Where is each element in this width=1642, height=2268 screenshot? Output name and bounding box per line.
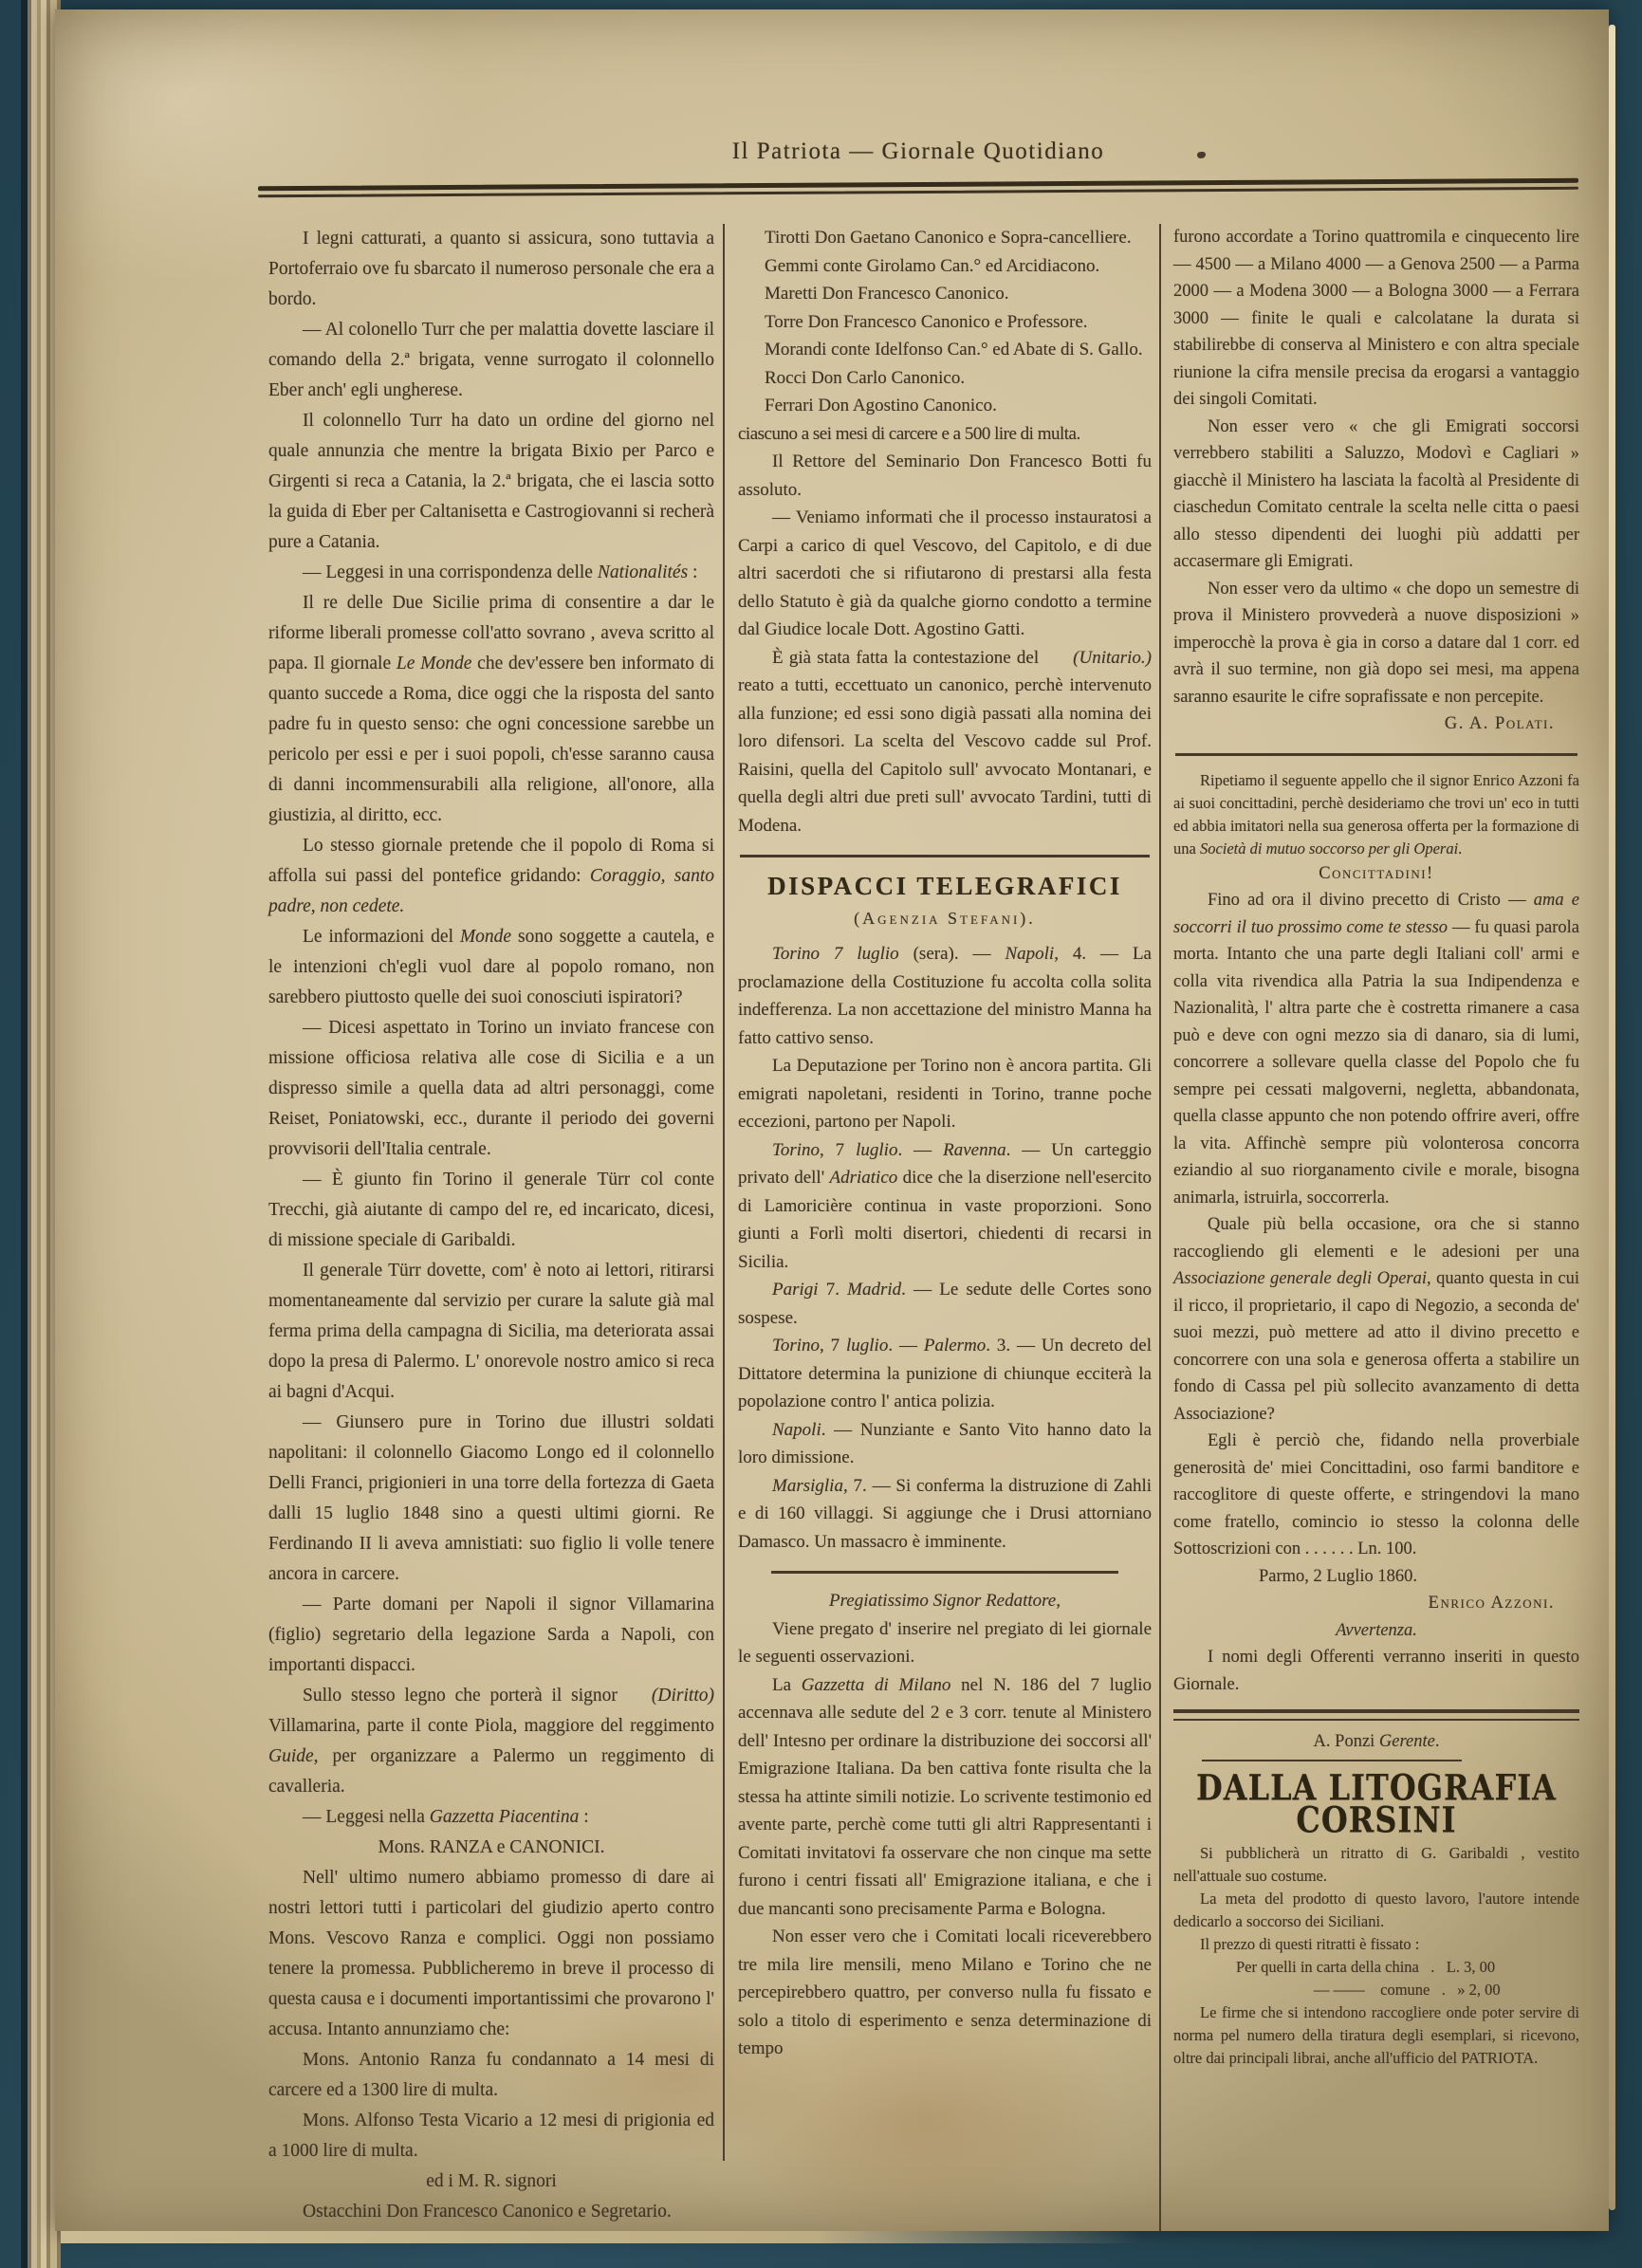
paragraph: — Al colonello Turr che per malattia dov… — [268, 315, 714, 406]
ad-heading: DALLA LITOGRAFIA CORSINI — [1173, 1771, 1579, 1835]
paragraph: La meta del prodotto di questo lavoro, l… — [1173, 1888, 1579, 1933]
list-line: Rocci Don Carlo Canonico. — [738, 364, 1152, 393]
paragraph: Nell' ultimo numero abbiamo promesso di … — [268, 1863, 714, 2045]
paragraph: Non esser vero « che gli Emigrati soccor… — [1173, 414, 1579, 576]
paragraph: Torino 7 luglio (sera). — Napoli, 4. — L… — [738, 940, 1152, 1052]
paragraph: Il re delle Due Sicilie prima di consent… — [268, 588, 714, 831]
section-heading: DISPACCI TELEGRAFICI — [738, 873, 1152, 901]
divider-rule — [1173, 1709, 1579, 1721]
list-line: Gemmi conte Girolamo Can.° ed Arcidiacon… — [738, 252, 1152, 281]
paragraph: Mons. RANZA e CANONICI. — [268, 1833, 714, 1863]
newspaper-page: Il Patriota — Giornale Quotidiano I legn… — [55, 9, 1609, 2231]
divider-rule — [1202, 1760, 1462, 1761]
paragraph: Ripetiamo il seguente appello che il sig… — [1173, 769, 1579, 860]
signature: Enrico Azzoni. — [1173, 1590, 1579, 1617]
paragraph: Il Rettore del Seminario Don Francesco B… — [738, 448, 1152, 504]
divider-rule — [771, 1571, 1118, 1574]
paragraph: Il colonnello Turr ha dato un ordine del… — [268, 406, 714, 558]
list-line: Torre Don Francesco Canonico e Professor… — [738, 308, 1152, 337]
paragraph: (Unitario.)È già stata fatta la contesta… — [738, 644, 1152, 840]
divider-rule — [1175, 753, 1577, 756]
paragraph: (Diritto)Sullo stesso legno che porterà … — [268, 1681, 714, 1802]
dateline: Parmo, 2 Luglio 1860. — [1173, 1563, 1579, 1591]
column-2: Tirotti Don Gaetano Canonico e Sopra-can… — [738, 224, 1152, 2063]
paragraph: Parigi 7. Madrid. — Le sedute delle Cort… — [738, 1276, 1152, 1332]
paragraph: ciascuno a sei mesi di carcere e a 500 l… — [738, 420, 1152, 449]
price-line: Per quelli in carta della china . L. 3, … — [1173, 1956, 1579, 1979]
list-line: Ferrari Don Agostino Canonico. — [738, 392, 1152, 420]
paragraph: Mons. Alfonso Testa Vicario a 12 mesi di… — [268, 2106, 714, 2167]
paragraph: Il prezzo di questi ritratti è fissato : — [1173, 1933, 1579, 1956]
paragraph: — Parte domani per Napoli il signor Vill… — [268, 1590, 714, 1681]
column-1: I legni catturati, a quanto si assicura,… — [268, 224, 714, 2227]
paragraph: Mons. Antonio Ranza fu condannato a 14 m… — [268, 2045, 714, 2106]
paragraph: A. Ponzi Gerente. — [1173, 1728, 1579, 1756]
list-line: Maretti Don Francesco Canonico. — [738, 280, 1152, 308]
attribution-tail: (Unitario.) — [1039, 644, 1152, 673]
paragraph: Il generale Türr dovette, com' è noto ai… — [268, 1256, 714, 1408]
masthead-title: Il Patriota — Giornale Quotidiano — [258, 138, 1578, 165]
paragraph: furono accordate a Torino quattromila e … — [1173, 224, 1579, 414]
salutation: Avvertenza. — [1173, 1617, 1579, 1645]
subsection-heading: Concittadini! — [1173, 860, 1579, 888]
paragraph: — Leggesi in una corrispondenza delle Na… — [268, 558, 714, 588]
paragraph: I nomi degli Offerenti verranno inseriti… — [1173, 1644, 1579, 1698]
attribution-tail: (Diritto) — [618, 1681, 714, 1711]
paragraph: Non esser vero che i Comitati locali ric… — [738, 1923, 1152, 2063]
paragraph: — È giunto fin Torino il generale Türr c… — [268, 1165, 714, 1256]
masthead-rule — [258, 178, 1578, 198]
page-edge-right — [1609, 25, 1615, 2210]
column-3: furono accordate a Torino quattromila e … — [1173, 224, 1579, 2070]
paragraph: Fino ad ora il divino precetto di Cristo… — [1173, 887, 1579, 1211]
scanned-newspaper-photo: { "masthead": { "title": "Il Patriota — … — [0, 0, 1642, 2268]
salutation: Pregiatissimo Signor Redattore, — [738, 1587, 1152, 1615]
price-line: — —— comune . » 2, 00 — [1173, 1979, 1579, 2001]
paragraph: Viene pregato d' inserire nel pregiato d… — [738, 1615, 1152, 1671]
paragraph: — Dicesi aspettato in Torino un inviato … — [268, 1013, 714, 1165]
list-line: Morandi conte Idelfonso Can.° ed Abate d… — [738, 336, 1152, 364]
paragraph: Le firme che si intendono raccogliere on… — [1173, 2001, 1579, 2070]
paragraph: Si pubblicherà un ritratto di G. Garibal… — [1173, 1842, 1579, 1888]
paragraph: Lo stesso giornale pretende che il popol… — [268, 831, 714, 922]
signature: G. A. Polati. — [1173, 710, 1579, 738]
paragraph: — Veniamo informati che il processo inst… — [738, 504, 1152, 644]
paragraph: — Giunsero pure in Torino due illustri s… — [268, 1408, 714, 1590]
column-divider-2 — [1159, 224, 1161, 2231]
paragraph: Torino, 7 luglio. — Palermo. 3. — Un dec… — [738, 1332, 1152, 1416]
paragraph: Le informazioni del Monde sono soggette … — [268, 922, 714, 1013]
paragraph: Napoli. — Nunziante e Santo Vito hanno d… — [738, 1416, 1152, 1472]
divider-rule — [740, 855, 1150, 857]
paragraph: Ostacchini Don Francesco Canonico e Segr… — [268, 2197, 714, 2227]
paragraph: — Leggesi nella Gazzetta Piacentina : — [268, 1802, 714, 1833]
section-subheading: (Agenzia Stefani). — [738, 905, 1152, 933]
paragraph: Non esser vero da ultimo « che dopo un s… — [1173, 576, 1579, 711]
paragraph: La Gazzetta di Milano nel N. 186 del 7 l… — [738, 1671, 1152, 1924]
paragraph: Quale più bella occasione, ora che si st… — [1173, 1211, 1579, 1428]
column-divider-1 — [723, 224, 725, 2161]
page-edge-bottom — [61, 2231, 1142, 2243]
paragraph: ed i M. R. signori — [268, 2167, 714, 2197]
paragraph: Egli è perciò che, fidando nella proverb… — [1173, 1428, 1579, 1563]
paragraph: Marsiglia, 7. — Si conferma la distruzio… — [738, 1472, 1152, 1557]
list-line: Tirotti Don Gaetano Canonico e Sopra-can… — [738, 224, 1152, 252]
paragraph: I legni catturati, a quanto si assicura,… — [268, 224, 714, 315]
paragraph: Torino, 7 luglio. — Ravenna. — Un carteg… — [738, 1136, 1152, 1277]
paragraph: La Deputazione per Torino non è ancora p… — [738, 1052, 1152, 1136]
